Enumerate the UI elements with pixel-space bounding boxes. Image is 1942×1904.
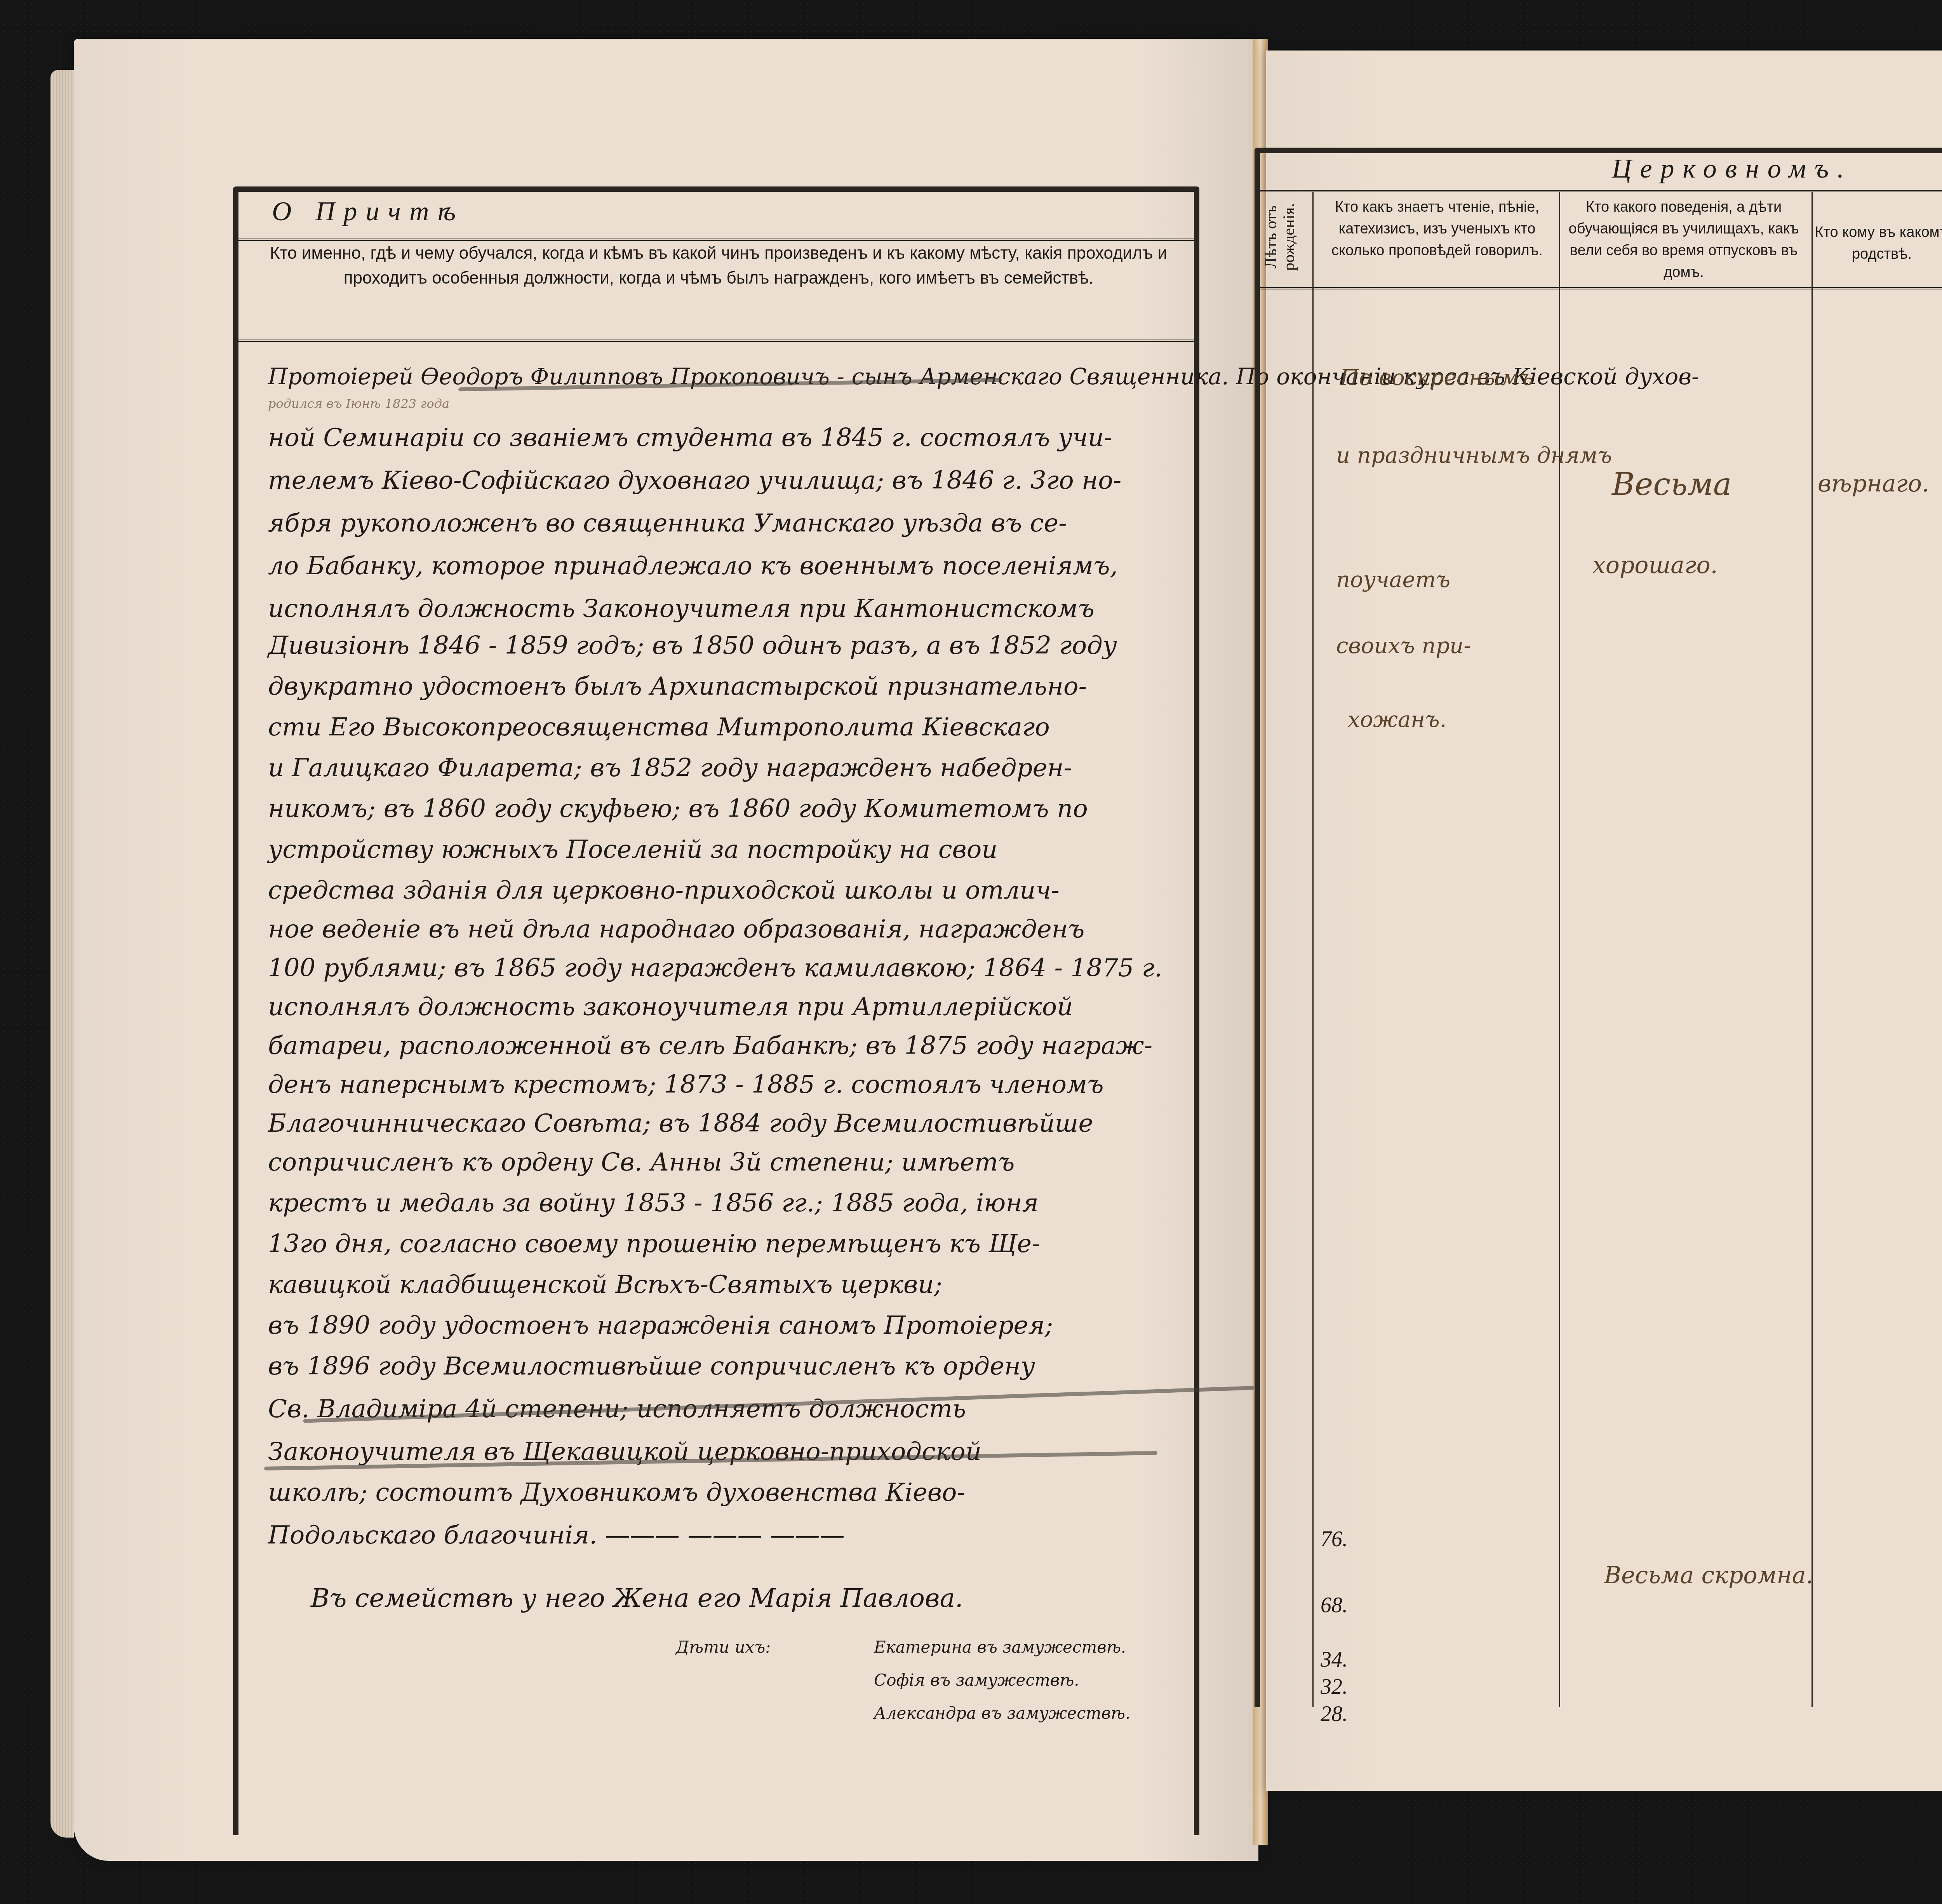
left-section-title: О Причтѣ <box>272 196 464 227</box>
entry-line: двукратно удостоенъ былъ Архипастырской … <box>268 672 1087 701</box>
knowledge-line: своихъ при- <box>1336 633 1471 658</box>
child-entry: Екатерина въ замужествѣ. <box>874 1637 1126 1657</box>
entry-line: ло Бабанку, которое принадлежало къ воен… <box>268 552 1118 580</box>
column-divider <box>1312 192 1314 1707</box>
header-rule <box>1260 287 1942 292</box>
knowledge-line: поучаетъ <box>1336 567 1450 592</box>
entry-line: и Галицкаго Филарета; въ 1852 году награ… <box>268 754 1072 782</box>
column-header-age: Лѣтъ отъ рожденія. <box>1262 190 1309 284</box>
entry-line: исполнялъ должность законоучителя при Ар… <box>268 993 1073 1021</box>
child-entry: Софія въ замужествѣ. <box>874 1671 1079 1690</box>
entry-line: ной Семинаріи со званіемъ студента въ 18… <box>268 423 1112 452</box>
age-value: 34. <box>1321 1647 1348 1672</box>
column-header-knowledge: Кто какъ знаетъ чтеніе, пѣніе, катехизис… <box>1317 196 1557 261</box>
entry-line: никомъ; въ 1860 году скуфьею; въ 1860 го… <box>268 794 1088 823</box>
child-entry: Александра въ замужествѣ. <box>874 1704 1130 1723</box>
title-rule <box>1260 190 1942 195</box>
entry-line: ября рукоположенъ во священника Уманскаг… <box>268 509 1067 538</box>
knowledge-line: хожанъ. <box>1348 707 1446 732</box>
pencil-birth-note: родился въ Іюнѣ 1823 года <box>268 396 449 411</box>
column-header-behavior: Кто какого поведенія, а дѣти обучающіяся… <box>1557 196 1810 283</box>
entry-line: 13го дня, согласно своему прошенію перем… <box>268 1230 1040 1258</box>
entry-line: крестъ и медаль за войну 1853 - 1856 гг.… <box>268 1189 1039 1218</box>
entry-line: сти Его Высокопреосвященства Митрополита… <box>268 713 1050 742</box>
children-label: Дѣти ихъ: <box>676 1637 771 1657</box>
knowledge-line: и праздничнымъ днямъ <box>1336 443 1612 468</box>
page-stack-edge <box>50 70 74 1838</box>
entry-line: сопричисленъ къ ордену Св. Анны 3й степе… <box>268 1148 1015 1177</box>
entry-line: въ 1890 году удостоенъ награжденія саном… <box>268 1311 1053 1340</box>
behavior-entry: хорошаго. <box>1592 552 1718 579</box>
entry-line: телемъ Кіево-Софійскаго духовнаго училищ… <box>268 466 1121 495</box>
entry-line: Подольскаго благочинія. ——— ——— ——— <box>268 1521 845 1550</box>
entry-line: 100 рублями; въ 1865 году награжденъ кам… <box>268 954 1162 982</box>
entry-line: школѣ; состоитъ Духовникомъ духовенства … <box>268 1478 965 1507</box>
behavior-wife-entry: Весьма скромна. <box>1604 1562 1813 1589</box>
family-line: Въ семействѣ у него Жена его Марія Павло… <box>311 1583 963 1613</box>
entry-line: въ 1896 году Всемилостивѣйше сопричислен… <box>268 1352 1035 1381</box>
column-header-kinship: Кто кому въ какомъ родствѣ. <box>1810 221 1942 265</box>
kinship-entry: вѣрнаго. <box>1818 470 1929 497</box>
right-section-title: Церковномъ. <box>1612 153 1853 185</box>
entry-line: средства зданія для церковно-приходской … <box>268 876 1060 905</box>
entry-line: исполнялъ должность Законоучителя при Ка… <box>268 594 1095 623</box>
age-value: 68. <box>1321 1593 1348 1618</box>
entry-line: Дивизіонѣ 1846 - 1859 годъ; въ 1850 один… <box>268 631 1117 660</box>
age-value: 76. <box>1321 1527 1348 1552</box>
entry-line: устройству южныхъ Поселеній за постройку… <box>268 835 998 864</box>
entry-line: кавицкой кладбищенской Всѣхъ-Святыхъ цер… <box>268 1270 942 1299</box>
entry-line: денъ наперснымъ крестомъ; 1873 - 1885 г.… <box>268 1070 1104 1099</box>
age-value: 28. <box>1321 1702 1348 1726</box>
entry-line: ное веденіе въ ней дѣла народнаго образо… <box>268 915 1084 944</box>
column-divider <box>1811 192 1813 1707</box>
entry-line: Благочинническаго Совѣта; въ 1884 году В… <box>268 1109 1093 1138</box>
behavior-entry: Весьма <box>1612 466 1732 502</box>
left-column-header: Кто именно, гдѣ и чему обучался, когда и… <box>264 241 1173 291</box>
header-rule <box>238 340 1194 344</box>
entry-line: батареи, расположенной въ селѣ Бабанкѣ; … <box>268 1031 1152 1060</box>
column-divider <box>1559 192 1560 1707</box>
age-value: 32. <box>1321 1674 1348 1699</box>
knowledge-line: По воскреснымъ <box>1340 365 1533 390</box>
